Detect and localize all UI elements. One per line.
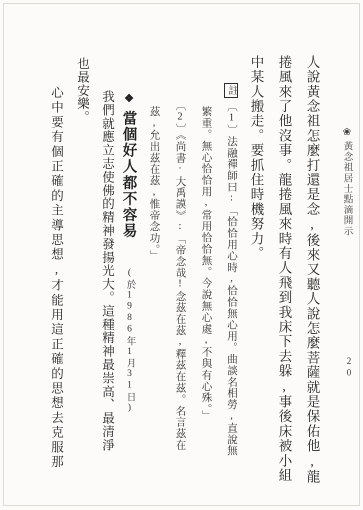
section-title-text: 當個好人都不容易 [121,111,137,240]
note-text: 〔1〕法融禪師曰:「恰恰用心時,恰恰無心用。曲談名相勞,直說無 [226,101,237,456]
text-column: 中某人搬走。要抓住時機努力。 [249,55,263,261]
text-column: 捲風來了他沒事。龍捲風來時有人飛到我床下去躲,事後床被小組 [277,55,291,483]
note-column: 〔2〕《尚書·大禹謨》:「帝念哉!念茲在茲,釋茲在茲。名言茲在 [174,100,185,451]
note-column: 茲,允出茲在茲,惟帝念功。」 [148,106,159,261]
note-marker: 註 [224,83,238,98]
note-column: 註〔1〕法融禪師曰:「恰恰用心時,恰恰無心用。曲談名相勞,直說無 [224,83,238,456]
running-header: ❀黃念祖居士點滴開示 [341,127,352,237]
running-header-title: 黃念祖居士點滴開示 [342,141,352,236]
section-date: (於1986年1月31日) [124,268,134,414]
text-column: 我們就應立志使佛的精神發揚光大。這種精神最崇高、最清淨 [101,90,114,452]
text-column: 心中要有個正確的主導思想,才能用這正確的思想去克服那 [50,86,63,470]
flower-ornament-icon: ❀ [342,127,352,141]
section-title: ❖當個好人都不容易 [121,92,136,239]
page-number: 20 [344,356,353,379]
scanned-book-page: ❀黃念祖居士點滴開示 20 人說黃念祖怎麼打還是念,後來又聽人說怎麼菩薩就是保佑… [0,0,363,510]
diamond-ornament-icon: ❖ [123,92,134,111]
text-column: 也最安樂。 [76,57,89,124]
note-column: 繁重。無心恰恰用,常用恰恰無。今說無心處,不與有心殊。」 [200,106,211,421]
text-column: 人說黃念祖怎麼打還是念,後來又聽人說怎麼菩薩就是保佑他,龍 [305,55,319,484]
